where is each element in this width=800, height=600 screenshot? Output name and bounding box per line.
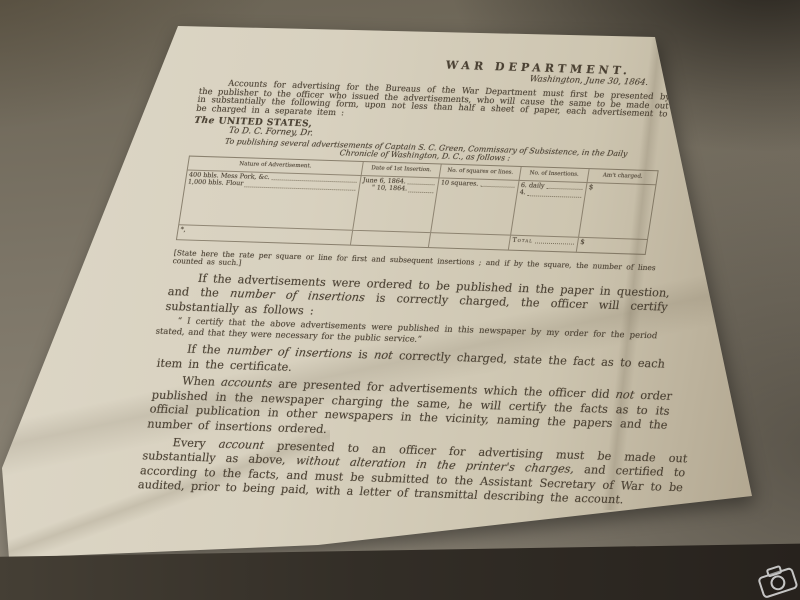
- total-label-cell: Total: [508, 234, 578, 251]
- war-department-form: WAR DEPARTMENT. Washington, June 30, 186…: [137, 52, 675, 508]
- date-entry: " 10, 1864.: [371, 185, 435, 195]
- squares-entry: 10 squares.: [440, 179, 516, 189]
- insertions-value: 4.: [519, 189, 526, 197]
- charges-table: Nature of Advertisement. Date of 1st Ins…: [176, 155, 659, 254]
- cell-date: June 6, 1864. " 10, 1864.: [352, 176, 438, 232]
- paper-wrap: WAR DEPARTMENT. Washington, June 30, 186…: [0, 0, 800, 600]
- photo-of-document: WAR DEPARTMENT. Washington, June 30, 186…: [0, 0, 800, 600]
- dotted-leader: [534, 243, 574, 245]
- dotted-leader: [245, 186, 356, 190]
- nature-entry: 1,000 bbls. Flour: [187, 179, 244, 188]
- dotted-leader: [527, 195, 581, 198]
- total-label: Total: [512, 237, 534, 245]
- total-amount-cell: $: [576, 237, 647, 254]
- insertions-entry: 4.: [519, 189, 583, 199]
- dotted-leader: [480, 186, 515, 188]
- total-row-empty: [428, 232, 510, 249]
- dotted-leader: [409, 191, 434, 193]
- cell-insertions: 6. daily 4.: [510, 181, 586, 237]
- squares-value: 10 squares.: [440, 179, 479, 188]
- date-value: " 10, 1864.: [371, 185, 408, 194]
- total-row-empty: [350, 230, 430, 247]
- total-line: Total: [512, 237, 576, 247]
- cell-nature: 400 bbls. Mess Pork, &c. 1,000 bbls. Flo…: [179, 170, 360, 229]
- cell-squares: 10 squares.: [430, 178, 518, 234]
- paper-sheet: WAR DEPARTMENT. Washington, June 30, 186…: [0, 0, 800, 600]
- cell-amount: $: [578, 183, 655, 239]
